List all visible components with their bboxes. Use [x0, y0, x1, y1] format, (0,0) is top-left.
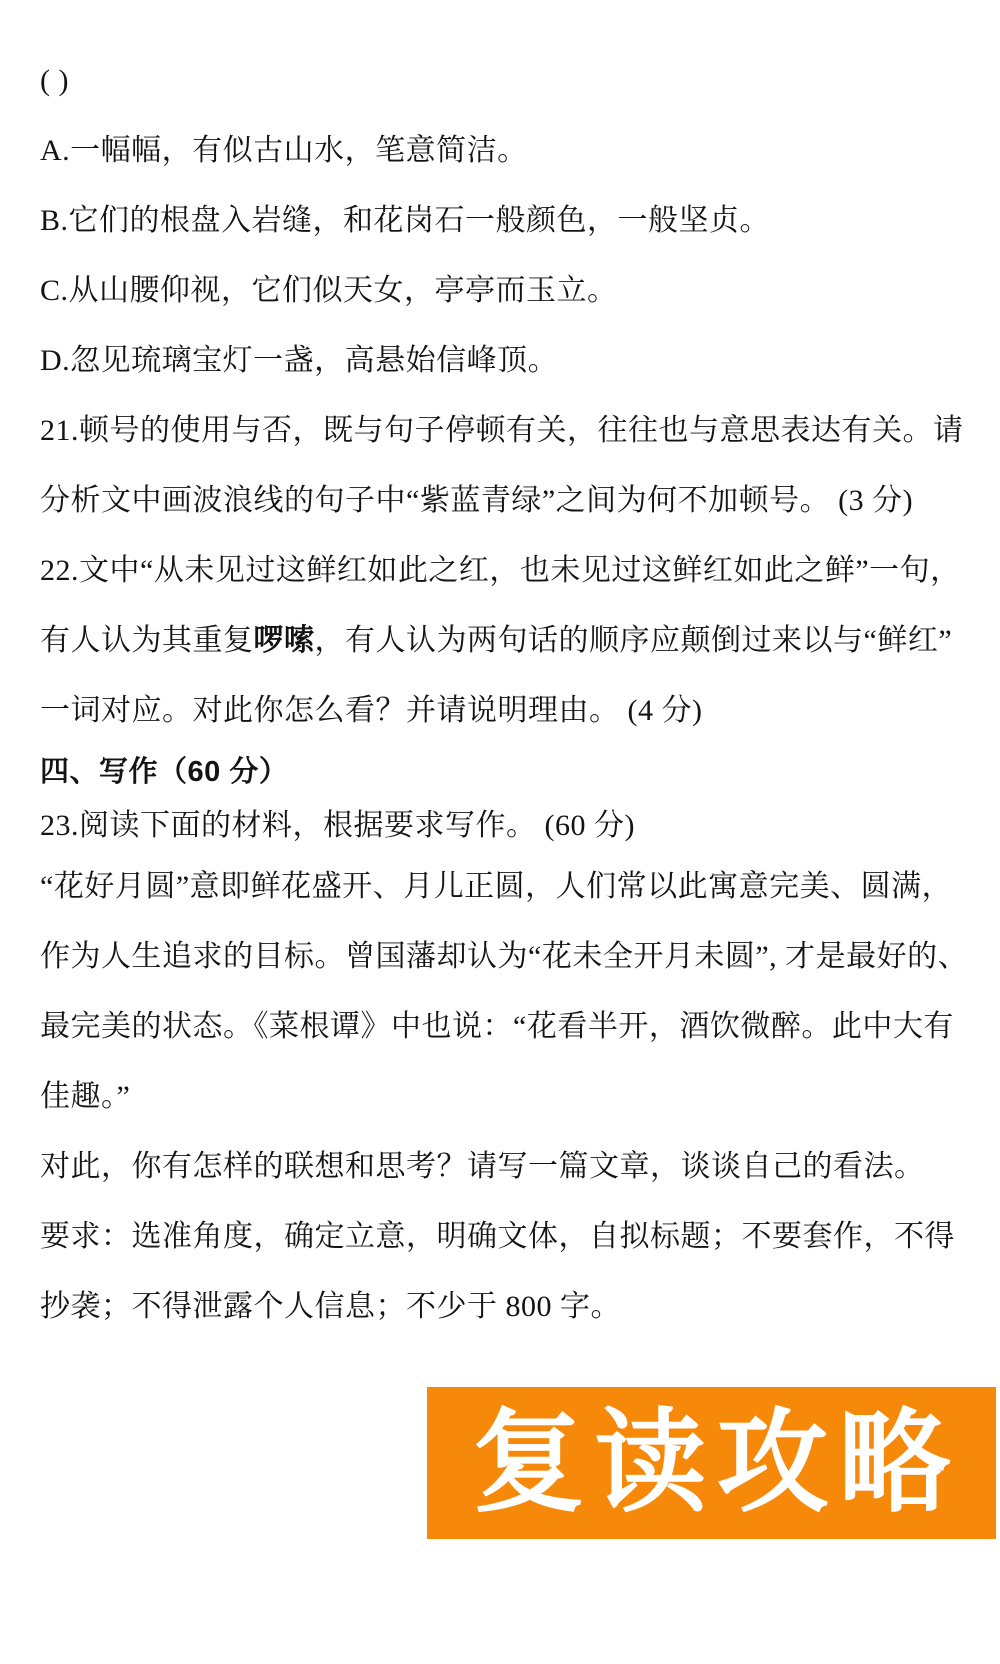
option-d: D.忽见琉璃宝灯一盏，高悬始信峰顶。 [40, 326, 970, 396]
question-23-requirements-line-1: 要求：选准角度，确定立意，明确文体，自拟标题；不要套作，不得 [40, 1202, 970, 1272]
question-22-line-2-post: ，有人认为两句话的顺序应颠倒过来以与“鲜红” [315, 624, 953, 657]
question-22-line-1: 22.文中“从未见过这鲜红如此之红，也未见过这鲜红如此之鲜”一句， [40, 536, 970, 606]
question-23-material-line-3: 最完美的状态。《菜根谭》中也说：“花看半开，酒饮微醉。此中大有 [40, 992, 970, 1062]
question-22-line-2: 有人认为其重复啰嗦，有人认为两句话的顺序应颠倒过来以与“鲜红” [40, 606, 970, 676]
option-a: A.一幅幅，有似古山水，笔意简洁。 [40, 116, 970, 186]
question-22-line-2-bold-word: 啰嗦 [254, 624, 315, 657]
question-23-material-line-1: “花好月圆”意即鲜花盛开、月儿正圆，人们常以此寓意完美、圆满， [40, 852, 970, 922]
question-23-requirements-line-2: 抄袭；不得泄露个人信息；不少于 800 字。 [40, 1272, 970, 1342]
option-c: C.从山腰仰视，它们似天女，亭亭而玉立。 [40, 256, 970, 326]
question-22-line-2-pre: 有人认为其重复 [40, 624, 254, 657]
promo-banner: 复读攻略 [427, 1387, 996, 1539]
promo-banner-text: 复读攻略 [463, 1407, 961, 1519]
question-23-material-line-2: 作为人生追求的目标。曾国藩却认为“花未全开月未圆”, 才是最好的、 [40, 922, 970, 992]
option-b: B.它们的根盘入岩缝，和花岗石一般颜色，一般坚贞。 [40, 186, 970, 256]
question-21-line-2: 分析文中画波浪线的句子中“紫蓝青绿”之间为何不加顿号。 (3 分) [40, 466, 970, 536]
question-23-material-line-4: 佳趣。” [40, 1062, 970, 1132]
question-23-prompt-line: 对此，你有怎样的联想和思考？请写一篇文章，谈谈自己的看法。 [40, 1132, 970, 1202]
question-23-line-1: 23.阅读下面的材料，根据要求写作。 (60 分) [40, 799, 970, 852]
exam-document: ( ) A.一幅幅，有似古山水，笔意简洁。 B.它们的根盘入岩缝，和花岗石一般颜… [40, 46, 970, 1342]
question-21-line-1: 21.顿号的使用与否，既与句子停顿有关，往往也与意思表达有关。请 [40, 396, 970, 466]
answer-blank-line: ( ) [40, 46, 970, 116]
question-22-line-3: 一词对应。对此你怎么看？并请说明理由。 (4 分) [40, 676, 970, 746]
section-heading-writing: 四、写作（60 分） [40, 746, 970, 799]
